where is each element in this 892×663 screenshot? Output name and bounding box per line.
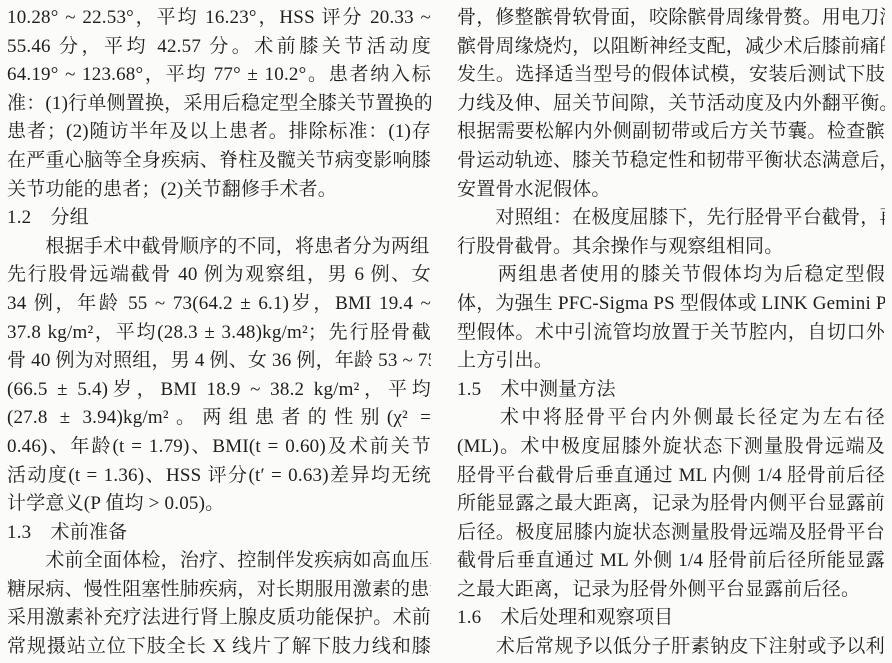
section-heading: 1.3 术前准备 (7, 519, 431, 548)
text-line: 术前全面体检，治疗、控制伴发疾病如高血压、 (7, 547, 431, 576)
text-line: 10.28° ~ 22.53°，平均 16.23°，HSS 评分 20.33 ~ (7, 4, 431, 33)
text-line: 之最大距离，记录为胫骨外侧平台显露前后径。 (457, 576, 885, 605)
text-line: 发生。选择适当型号的假体试模，安装后测试下肢 (457, 61, 885, 90)
section-heading: 1.6 术后处理和观察项目 (457, 604, 885, 633)
text-line: 上方引出。 (457, 347, 885, 376)
section-heading: 1.2 分组 (7, 204, 431, 233)
text-line: (ML)。术中极度屈膝外旋状态下测量股骨远端及 (457, 433, 885, 462)
text-line: 34 例，年龄 55 ~ 73(64.2 ± 6.1)岁，BMI 19.4 ~ (7, 290, 431, 319)
text-line: 髌骨周缘烧灼，以阻断神经支配，减少术后膝前痛的 (457, 33, 885, 62)
text-line: 安置骨水泥假体。 (457, 176, 885, 205)
text-line: 64.19° ~ 123.68°，平均 77° ± 10.2°。患者纳入标 (7, 61, 431, 90)
text-line: 计学意义(P 值均 > 0.05)。 (7, 490, 431, 519)
text-line: 糖尿病、慢性阻塞性肺疾病，对长期服用激素的患者 (7, 576, 431, 605)
text-line: 在严重心脑等全身疾病、脊柱及髋关节病变影响膝 (7, 147, 431, 176)
text-line: 活动度(t = 1.36)、HSS 评分(t′ = 0.63)差异均无统 (7, 462, 431, 491)
text-line: 0.46)、年龄(t = 1.79)、BMI(t = 0.60)及术前关节 (7, 433, 431, 462)
text-line: 型假体。术中引流管均放置于关节腔内，自切口外 (457, 319, 885, 348)
text-line: 55.46 分，平均 42.57 分。术前膝关节活动度 (7, 33, 431, 62)
right-column: 骨，修整髌骨软骨面，咬除髌骨周缘骨赘。用电刀沿 髌骨周缘烧灼，以阻断神经支配，减… (457, 4, 885, 663)
text-line: 准：(1)行单侧置换，采用后稳定型全膝关节置换的 (7, 90, 431, 119)
section-heading: 1.5 术中测量方法 (457, 376, 885, 405)
text-line: 术中将胫骨平台内外侧最长径定为左右径 (457, 404, 885, 433)
text-line: 体，为强生 PFC-Sigma PS 型假体或 LINK Gemini PS (457, 290, 885, 319)
text-line: 37.8 kg/m²，平均(28.3 ± 3.48)kg/m²；先行胫骨截 (7, 319, 431, 348)
text-line: 关节功能的患者；(2)关节翻修手术者。 (7, 176, 431, 205)
text-line: 后径。极度屈膝内旋状态测量股骨远端及胫骨平台 (457, 519, 885, 548)
text-line: (66.5 ± 5.4)岁，BMI 18.9 ~ 38.2 kg/m²，平均 (7, 376, 431, 405)
text-line: 胫骨平台截骨后垂直通过 ML 内侧 1/4 胫骨前后径 (457, 462, 885, 491)
text-line: 行股骨截骨。其余操作与观察组相同。 (457, 233, 885, 262)
text-line: 患者；(2)随访半年及以上患者。排除标准：(1)存 (7, 118, 431, 147)
text-line: 所能显露之最大距离，记录为胫骨内侧平台显露前 (457, 490, 885, 519)
text-line: 采用激素补充疗法进行肾上腺皮质功能保护。术前 (7, 604, 431, 633)
text-line: (27.8 ± 3.94)kg/m²。两组患者的性别(χ² = (7, 404, 431, 433)
text-line: 截骨后垂直通过 ML 外侧 1/4 胫骨前后径所能显露 (457, 547, 885, 576)
text-line: 根据手术中截骨顺序的不同，将患者分为两组： (7, 233, 431, 262)
text-line: 根据需要松解内外侧副韧带或后方关节囊。检查髌 (457, 118, 885, 147)
left-column: 10.28° ~ 22.53°，平均 16.23°，HSS 评分 20.33 ~… (7, 4, 431, 663)
text-line: 骨运动轨迹、膝关节稳定性和韧带平衡状态满意后， (457, 147, 885, 176)
text-line: 两组患者使用的膝关节假体均为后稳定型假 (457, 261, 885, 290)
text-line: 骨 40 例为对照组，男 4 例、女 36 例，年龄 53 ~ 75 (7, 347, 431, 376)
text-line: 力线及伸、屈关节间隙，关节活动度及内外翻平衡。 (457, 90, 885, 119)
text-line: 术后常规予以低分子肝素钠皮下注射或予以利 (457, 633, 885, 662)
text-line: 骨，修整髌骨软骨面，咬除髌骨周缘骨赘。用电刀沿 (457, 4, 885, 33)
document-page: 10.28° ~ 22.53°，平均 16.23°，HSS 评分 20.33 ~… (0, 0, 892, 663)
text-line: 对照组：在极度屈膝下，先行胫骨平台截骨，再 (457, 204, 885, 233)
text-line: 常规摄站立位下肢全长 X 线片了解下肢力线和膝 (7, 633, 431, 662)
text-line: 先行股骨远端截骨 40 例为观察组，男 6 例、女 (7, 261, 431, 290)
